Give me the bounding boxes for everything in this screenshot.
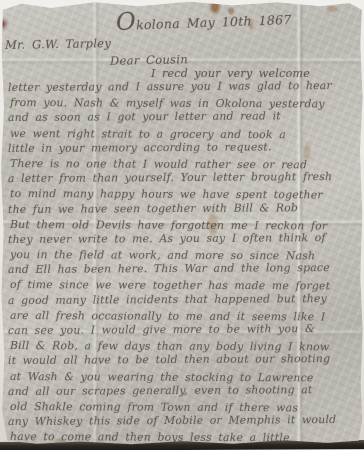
- letter-salutation: Dear Cousin: [110, 52, 188, 68]
- letter-addressee: Mr. G.W. Tarpley: [5, 36, 111, 52]
- letter-opening-line: I recd your very welcome: [151, 67, 310, 80]
- letter-line: any Whiskey this side of Mobile or Memph…: [8, 413, 360, 430]
- letter-line: and all our scrapes generally, even to s…: [8, 383, 360, 400]
- letter-line: little in your memory according to reque…: [8, 140, 360, 157]
- letter-line: a letter from than yourself. Your letter…: [8, 170, 360, 187]
- letter-line: can see you. I would give more to be wit…: [8, 322, 360, 339]
- letter-body: letter yesterday and I assure you I was …: [8, 81, 360, 446]
- letter-line: have to come and then boys less take a l…: [10, 430, 362, 447]
- letter-line: they never write to me. As you say I oft…: [8, 231, 360, 248]
- letter-line: letter yesterday and I assure you I was …: [8, 79, 360, 96]
- letter-scan: Okolona May 10th 1867 Mr. G.W. Tarpley D…: [0, 0, 364, 450]
- letter-line: and Ell has been here. This War and the …: [8, 261, 360, 278]
- letter-line: and as soon as I got your letter and rea…: [8, 109, 360, 126]
- letter-line: the fun we have seen together with Bill …: [8, 200, 360, 217]
- letter-line: a good many little incidents that happen…: [8, 291, 360, 308]
- letter-line: it would all have to be told then about …: [8, 352, 360, 369]
